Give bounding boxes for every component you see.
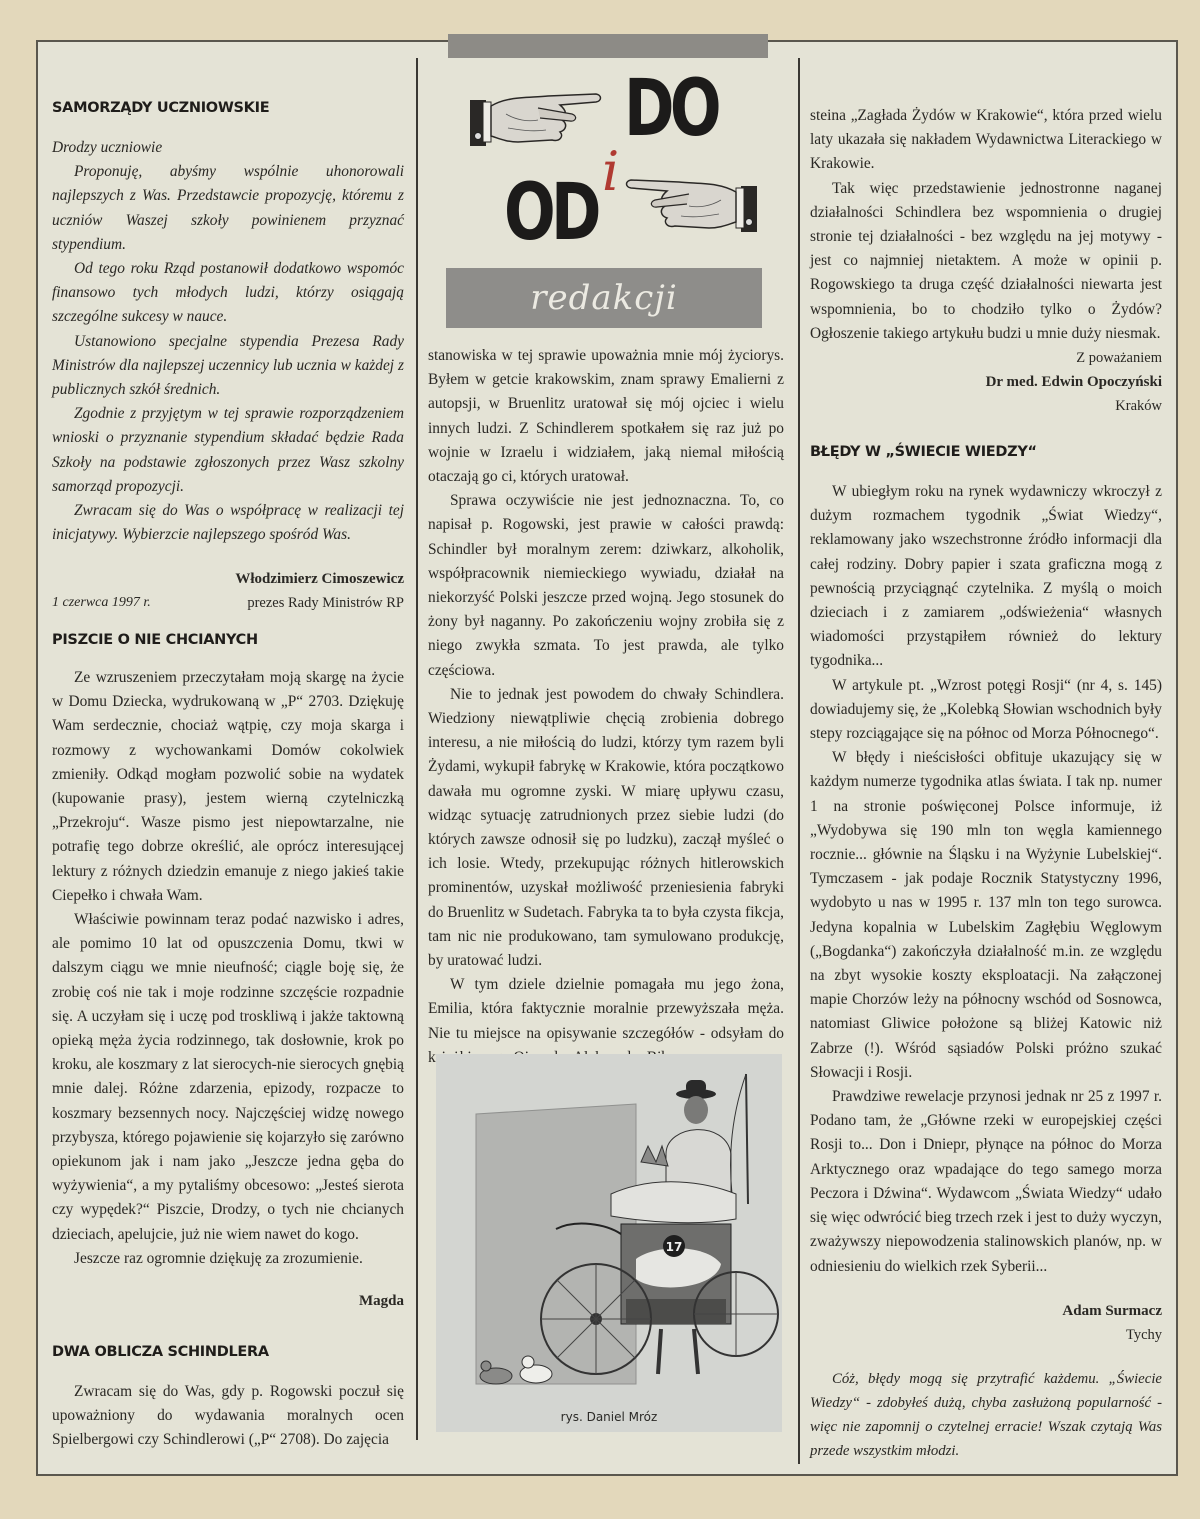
masthead-i: i (602, 140, 619, 203)
section-masthead: DO i OD redakcji (448, 42, 782, 340)
paragraph: Nie to jednak jest powodem do chwały Sch… (428, 683, 784, 973)
paragraph: W ubiegłym roku na rynek wydawniczy wkro… (810, 480, 1162, 674)
redakcji-label: redakcji (530, 278, 677, 318)
masthead-od: OD (504, 174, 597, 252)
magazine-page: SAMORZĄDY UCZNIOWSKIE Drodzy uczniowie P… (36, 40, 1178, 1476)
illustration-carriage: 17 (436, 1054, 782, 1432)
signature-city: Tychy (810, 1323, 1162, 1347)
article-schindler-continued: stanowiska w tej sprawie upoważnia mnie … (428, 344, 784, 1070)
paragraph: Prawdziwe rewelacje przynosi jednak nr 2… (810, 1085, 1162, 1279)
paragraph: Sprawa oczywiście nie jest jednoznaczna.… (428, 489, 784, 683)
article-heading: DWA OBLICZA SCHINDLERA (52, 1344, 404, 1360)
paragraph: Właściwie powinnam teraz podać nazwisko … (52, 908, 404, 1247)
article-bledy: BŁĘDY W „ŚWIECIE WIEDZY“ W ubiegłym roku… (810, 444, 1162, 1464)
article-heading: SAMORZĄDY UCZNIOWSKIE (52, 100, 404, 116)
salutation: Drodzy uczniowie (52, 136, 404, 160)
paragraph: Ustanowiono specjalne stypendia Prezesa … (52, 330, 404, 403)
paragraph: Proponuję, abyśmy wspólnie uhonorowali n… (52, 160, 404, 257)
masthead-bar (448, 34, 768, 58)
pointing-hand-left-icon (624, 170, 759, 236)
article-heading: BŁĘDY W „ŚWIECIE WIEDZY“ (810, 444, 1162, 460)
paragraph: Zwracam się do Was, gdy p. Rogowski pocz… (52, 1380, 404, 1453)
paragraph: Zwracam się do Was o współpracę w realiz… (52, 499, 404, 547)
carriage-number: 17 (666, 1240, 683, 1254)
signature: Dr med. Edwin Opoczyński (810, 370, 1162, 394)
column-divider (416, 58, 418, 1440)
signature: Włodzimierz Cimoszewicz (52, 567, 404, 591)
closing: Z poważaniem (810, 346, 1162, 370)
paragraph: Tak więc przedstawienie jednostronne nag… (810, 177, 1162, 346)
article-piszcie: PISZCIE O NIE CHCIANYCH Ze wzruszeniem p… (52, 632, 404, 1313)
carriage-drawing: 17 (436, 1054, 782, 1394)
editor-reply: Cóż, błędy mogą się przytrafić każdemu. … (810, 1367, 1162, 1464)
signature: Magda (52, 1289, 404, 1313)
article-heading: PISZCIE O NIE CHCIANYCH (52, 632, 404, 648)
signature-city: Kraków (810, 394, 1162, 418)
article-schindler: DWA OBLICZA SCHINDLERA Zwracam się do Wa… (52, 1344, 404, 1453)
paragraph: W błędy i nieścisłości obfituje ukazując… (810, 746, 1162, 1085)
paragraph: W artykule pt. „Wzrost potęgi Rosji“ (nr… (810, 674, 1162, 747)
signature: Adam Surmacz (810, 1299, 1162, 1323)
paragraph: Zgodnie z przyjętym w tej sprawie rozpor… (52, 402, 404, 499)
article-samorzady: SAMORZĄDY UCZNIOWSKIE Drodzy uczniowie P… (52, 100, 404, 615)
paragraph: Jeszcze raz ogromnie dziękuję za zrozumi… (52, 1247, 404, 1271)
paragraph: steina „Zagłada Żydów w Krakowie“, która… (810, 104, 1162, 177)
column-divider (798, 58, 800, 1464)
paragraph: Ze wzruszeniem przeczytałam moją skargę … (52, 666, 404, 908)
masthead-do: DO (624, 70, 717, 148)
pointing-hand-right-icon (468, 84, 603, 150)
paragraph: stanowiska w tej sprawie upoważnia mnie … (428, 344, 784, 489)
redakcji-banner: redakcji (446, 268, 762, 328)
paragraph: Od tego roku Rząd postanowił dodatkowo w… (52, 257, 404, 330)
illustration-caption: rys. Daniel Mróz (436, 1410, 782, 1424)
article-schindler-end: steina „Zagłada Żydów w Krakowie“, która… (810, 104, 1162, 418)
